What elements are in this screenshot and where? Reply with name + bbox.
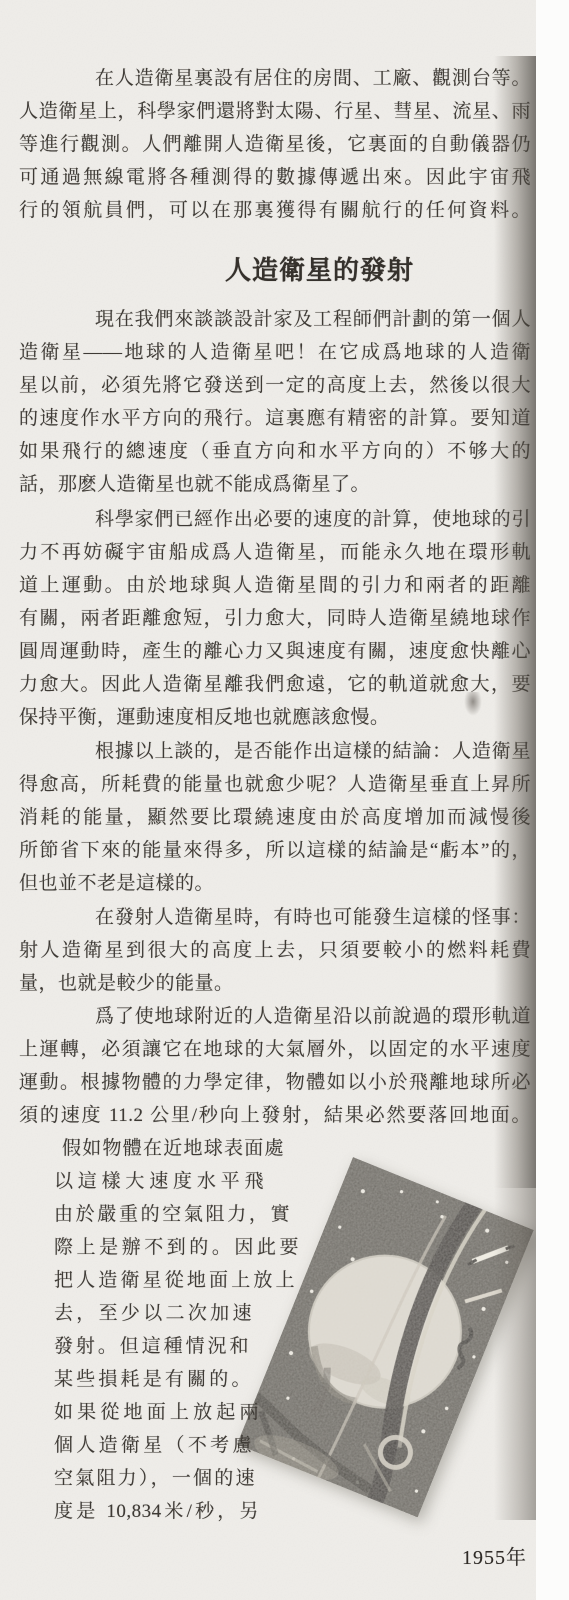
section-heading: 人造衛星的發射 [225, 250, 414, 287]
paragraph-beside-photo: 假如物體在近地球表面處 以這樣大速度水平飛跑， 由於嚴重的空氣阻力，實 際上是辦… [54, 1132, 299, 1528]
text-line: 把人造衛星從地面上放上 [54, 1264, 295, 1297]
text-line: 際上是辦不到的。因此要 [54, 1231, 299, 1264]
text-line: 如果從地面上放起兩 [54, 1396, 259, 1429]
text-line: 如果飛行的總速度（垂直方向和水平方向的）不够大的 [19, 435, 531, 468]
text-line: 運動。根據物體的力學定律，物體如以小於飛離地球所必 [19, 1066, 531, 1099]
text-line: 得愈高，所耗費的能量也就愈少呢？人造衛星垂直上昇所 [19, 768, 531, 801]
text-line: 消耗的能量，顯然要比環繞速度由於高度增加而減慢後 [19, 801, 531, 834]
text-line: 等進行觀測。人們離開人造衛星後，它裏面的自動儀器仍 [19, 128, 531, 161]
text-line: 道上運動。由於地球與人造衛星間的引力和兩者的距離 [19, 569, 531, 602]
paragraph: 根據以上談的，是否能作出這樣的結論：人造衛星射 得愈高，所耗費的能量也就愈少呢？… [19, 735, 531, 900]
text-line: 須的速度 11.2 公里/秒向上發射，結果必然要落回地面。 [19, 1099, 531, 1132]
text-line: 保持平衡，運動速度相反地也就應該愈慢。 [19, 701, 531, 734]
text-line: 可通過無線電將各種測得的數據傳遞出來。因此宇宙飛 [19, 161, 531, 194]
ink-smudge [464, 692, 482, 716]
text-line: 的速度作水平方向的飛行。這裏應有精密的計算。要知道 [19, 402, 531, 435]
text-line: 個人造衛星（不考慮 [54, 1429, 252, 1462]
text-line: 在發射人造衛星時，有時也可能發生這樣的怪事：發 [19, 901, 531, 934]
scan-background-strip [536, 0, 569, 1600]
text-line: 所節省下來的能量來得多，所以這樣的結論是“虧本”的， [19, 834, 531, 867]
text-line: 造衛星——地球的人造衛星吧！在它成爲地球的人造衛 [19, 336, 531, 369]
text-line: 科學家們已經作出必要的速度的計算，使地球的引 [19, 503, 531, 536]
text-line: 假如物體在近地球表面處 [54, 1132, 284, 1165]
paragraph: 在發射人造衛星時，有時也可能發生這樣的怪事：發 射人造衛星到很大的高度上去，只須… [19, 901, 531, 1000]
text-line: 射人造衛星到很大的高度上去，只須要較小的燃料耗費 [19, 934, 531, 967]
text-line: 去，至少以二次加速 [54, 1297, 252, 1330]
text-line: 在人造衛星裏設有居住的房間、工廠、觀測台等。在 [19, 62, 531, 95]
text-line: 但也並不老是這樣的。 [19, 867, 531, 900]
paragraph: 爲了使地球附近的人造衛星沿以前說過的環形軌道 上運轉，必須讓它在地球的大氣層外，… [19, 1000, 531, 1132]
text-line: 話，那麽人造衛星也就不能成爲衛星了。 [19, 468, 531, 501]
text-line: 某些損耗是有關的。 [54, 1363, 251, 1396]
text-line: 上運轉，必須讓它在地球的大氣層外，以固定的水平速度 [19, 1033, 531, 1066]
text-line: 以這樣大速度水平飛跑， [54, 1165, 264, 1198]
text-line: 由於嚴重的空氣阻力，實 [54, 1198, 290, 1231]
text-line: 星以前，必須先將它發送到一定的高度上去，然後以很大 [19, 369, 531, 402]
text-line: 量，也就是較少的能量。 [19, 967, 531, 1000]
text-line: 根據以上談的，是否能作出這樣的結論：人造衛星射 [19, 735, 531, 768]
text-line: 人造衛星上，科學家們還將對太陽、行星、彗星、流星、雨 [19, 95, 531, 128]
text-line: 力愈大。因此人造衛星離我們愈遠，它的軌道就愈大，要 [19, 668, 531, 701]
text-line: 現在我們來談談設計家及工程師們計劃的第一個人 [19, 303, 531, 336]
text-line: 力不再妨礙宇宙船成爲人造衛星，而能永久地在環形軌 [19, 536, 531, 569]
paragraph: 在人造衛星裏設有居住的房間、工廠、觀測台等。在 人造衛星上，科學家們還將對太陽、… [19, 62, 531, 227]
text-line: 發射。但這種情況和 [54, 1330, 249, 1363]
text-line: 空氣阻力），一個的速 [54, 1462, 255, 1495]
text-line: 度是 10,834米/秒，另 [54, 1495, 259, 1528]
book-page: 在人造衛星裏設有居住的房間、工廠、觀測台等。在 人造衛星上，科學家們還將對太陽、… [0, 0, 569, 1600]
paragraph: 科學家們已經作出必要的速度的計算，使地球的引 力不再妨礙宇宙船成爲人造衛星，而能… [19, 503, 531, 734]
text-line: 圓周運動時，產生的離心力又與速度有關，速度愈快離心 [19, 635, 531, 668]
paragraph: 現在我們來談談設計家及工程師們計劃的第一個人 造衛星——地球的人造衛星吧！在它成… [19, 303, 531, 501]
text-line: 行的領航員們，可以在那裏獲得有關航行的任何資料。 [19, 194, 531, 227]
text-line: 有關，兩者距離愈短，引力愈大，同時人造衛星繞地球作 [19, 602, 531, 635]
year-label: 1955年 [462, 1541, 527, 1570]
text-line: 爲了使地球附近的人造衛星沿以前說過的環形軌道 [19, 1000, 531, 1033]
